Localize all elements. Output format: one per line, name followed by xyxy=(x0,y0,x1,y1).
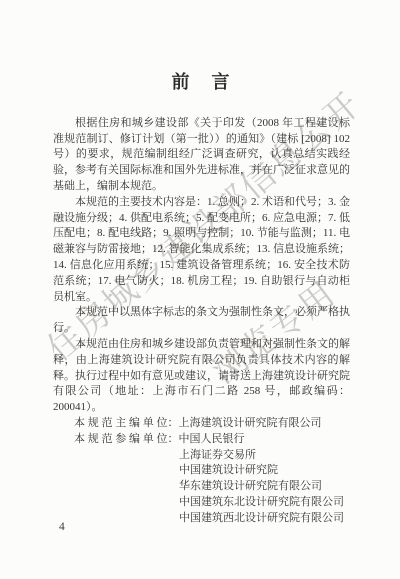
page-number: 4 xyxy=(59,521,65,533)
participating-unit-label: 本 规 范 参 编 单 位： xyxy=(74,433,179,445)
paragraph-administration: 本规范由住房和城乡建设部负责管理和对强制性条文的解释，由上海建筑设计研究院有限公… xyxy=(53,337,350,416)
participating-unit-value: 中国人民银行 xyxy=(179,433,245,445)
participating-unit-item: 中国建筑西北设计研究院有限公司 xyxy=(53,511,350,527)
participating-unit-row: 本 规 范 参 编 单 位：中国人民银行 xyxy=(53,432,350,448)
paragraph-mandatory-provisions: 本规范中以黑体字标志的条文为强制性条文，必须严格执行。 xyxy=(53,305,350,337)
paragraph-basis: 根据住房和城乡建设部《关于印发（2008 年工程建设标准规范制订、修订计划（第一… xyxy=(53,116,350,195)
paragraph-technical-contents: 本规范的主要技术内容是：1. 总则；2. 术语和代号；3. 金融设施分级；4. … xyxy=(53,195,350,306)
chief-editor-unit-row: 本 规 范 主 编 单 位：上海建筑设计研究院有限公司 xyxy=(53,416,350,432)
participating-unit-item: 中国建筑东北设计研究院有限公司 xyxy=(53,495,350,511)
foreword-content: 前 言 根据住房和城乡建设部《关于印发（2008 年工程建设标准规范制订、修订计… xyxy=(53,75,350,527)
chief-editor-unit-value: 上海建筑设计研究院有限公司 xyxy=(179,417,322,429)
chief-editor-unit-label: 本 规 范 主 编 单 位： xyxy=(74,417,179,429)
participating-unit-item: 华东建筑设计研究院有限公司 xyxy=(53,479,350,495)
participating-unit-item: 中国建筑设计研究院 xyxy=(53,463,350,479)
participating-unit-item: 上海证券交易所 xyxy=(53,448,350,464)
document-page: 住房城乡建设部信息公开 浏览专用 前 言 根据住房和城乡建设部《关于印发（200… xyxy=(0,0,400,579)
page-title: 前 言 xyxy=(53,75,350,91)
